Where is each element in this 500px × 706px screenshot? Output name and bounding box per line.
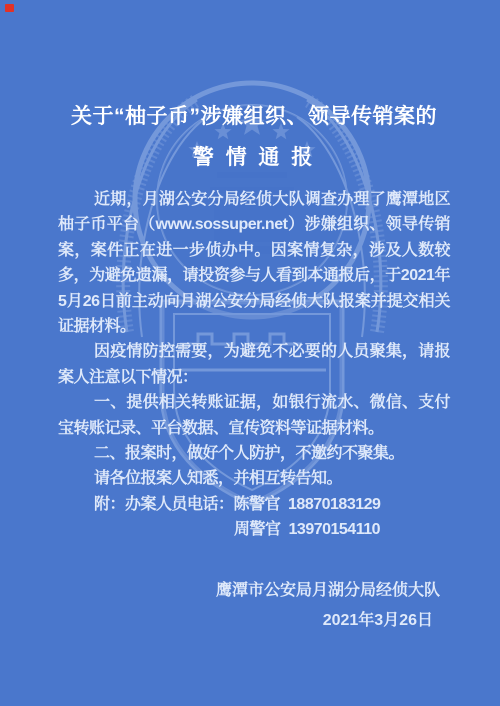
paragraph-item-1: 一、提供相关转账证据，如银行流水、微信、支付宝转账记录、平台数据、宣传资料等证据… (58, 390, 450, 441)
paragraph-inform: 请各位报案人知悉，并相互转告知。 (58, 466, 450, 491)
officer-name-2: 周警官 (234, 521, 281, 538)
issue-date: 2021年3月26日 (58, 606, 450, 636)
officer-name-1: 陈警官 (234, 496, 281, 513)
notice-page: 关于“柚子币”涉嫌组织、领导传销案的 警 情 通 报 近期，月湖公安分局经侦大队… (0, 0, 500, 706)
officer-phone-2: 13970154110 (289, 521, 381, 538)
notice-body: 近期，月湖公安分局经侦大队调查办理了鹰潭地区柚子币平台（www.sossuper… (58, 187, 450, 543)
title-line-2: 警 情 通 报 (58, 137, 450, 178)
paragraph-case-summary: 近期，月湖公安分局经侦大队调查办理了鹰潭地区柚子币平台（www.sossuper… (58, 187, 450, 339)
paragraph-item-2: 二、报案时，做好个人防护，不邀约不聚集。 (58, 441, 450, 466)
red-corner-mark (5, 4, 14, 12)
contact-line-1: 附：办案人员电话：陈警官18870183129 (58, 492, 450, 517)
officer-phone-1: 18870183129 (288, 496, 380, 513)
issuing-unit: 鹰潭市公安局月湖分局经侦大队 (58, 576, 450, 606)
paragraph-covid-notice: 因疫情防控需要，为避免不必要的人员聚集，请报案人注意以下情况： (58, 339, 450, 390)
notice-content: 关于“柚子币”涉嫌组织、领导传销案的 警 情 通 报 近期，月湖公安分局经侦大队… (58, 96, 450, 636)
notice-title: 关于“柚子币”涉嫌组织、领导传销案的 警 情 通 报 (58, 96, 450, 178)
contact-line-2: 周警官13970154110 (58, 517, 450, 542)
title-line-1: 关于“柚子币”涉嫌组织、领导传销案的 (58, 96, 450, 137)
attachment-label: 附：办案人员电话： (94, 496, 234, 513)
signature-block: 鹰潭市公安局月湖分局经侦大队 2021年3月26日 (58, 576, 450, 636)
